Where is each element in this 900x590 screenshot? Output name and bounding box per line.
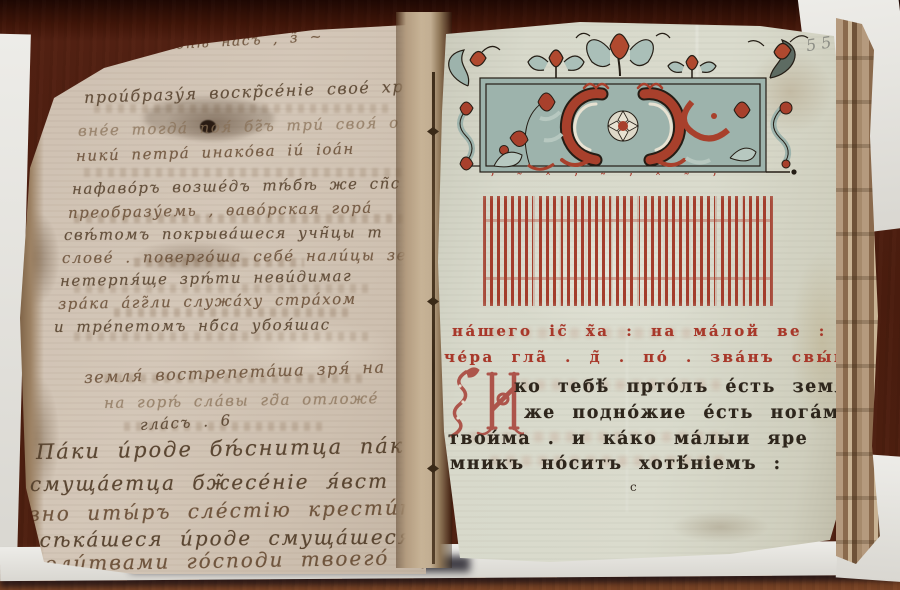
right-page: ʼ ˜ ˆ ʼ ˜ ʼ ˆ ˜ ʼ на́шего іс̃ х̃а : на м… bbox=[430, 12, 845, 564]
stitch-thread bbox=[432, 72, 435, 564]
stitch-knot bbox=[427, 464, 439, 473]
body-line: же подно́жие е́сть нога́ма , bbox=[524, 403, 877, 423]
body-line: мникъ но́ситъ хотѣ́ніемъ : bbox=[450, 454, 782, 474]
handwritten-line: и тре́петомъ нб̃са убоя́шас bbox=[54, 316, 331, 336]
rubric-line: на́шего іс̃ х̃а : на ма́лой ве : bbox=[452, 322, 827, 340]
handwritten-line: нафаво́ръ возше́дъ тѣ́бѣ же сп̃с bbox=[72, 174, 401, 198]
left-page: сла́ва юнѣ́ на́съ , з̃ ~ прои́бразу́я во… bbox=[14, 18, 426, 574]
handwritten-line: вно иты́ръ сле́стію крести́т bbox=[28, 495, 421, 526]
handwritten-line: слове́ . поверго́ша себе́ нали́цы зе bbox=[62, 246, 407, 267]
stitch-knot bbox=[427, 127, 439, 136]
stitch-knot bbox=[427, 297, 439, 306]
footnote-mark: с bbox=[630, 480, 637, 494]
handwritten-line: вне́е тогда́ поя́ бг̃ъ три́ своя́ о bbox=[78, 114, 400, 140]
handwritten-line: свѣ́томъ покрыва́шеся учн̃цы т bbox=[64, 223, 383, 244]
handwritten-line: Па́ки и́роде бѣ́снитца па́ки bbox=[36, 433, 420, 464]
handwritten-line: ники́ петра́ инако́ва іи́ іоа́н bbox=[76, 140, 355, 165]
headpiece-ornament bbox=[434, 16, 820, 196]
body-line: ко тебѣ́ прто́лъ е́сть земля̀ bbox=[514, 377, 863, 397]
vyaz-superscript-marks: ʼ ˜ ˆ ʼ ˜ ʼ ˆ ˜ ʼ bbox=[490, 172, 776, 187]
handwritten-line: на горѣ́ сла́вы гд̃а отложе́ bbox=[104, 389, 379, 412]
body-line: твои́ма . и ка́ко ма́лыи яре bbox=[448, 429, 808, 449]
vyaz-title-band bbox=[483, 196, 773, 306]
handwritten-line: смуща́етца бж̃есе́ніе я́вст bbox=[30, 469, 389, 496]
